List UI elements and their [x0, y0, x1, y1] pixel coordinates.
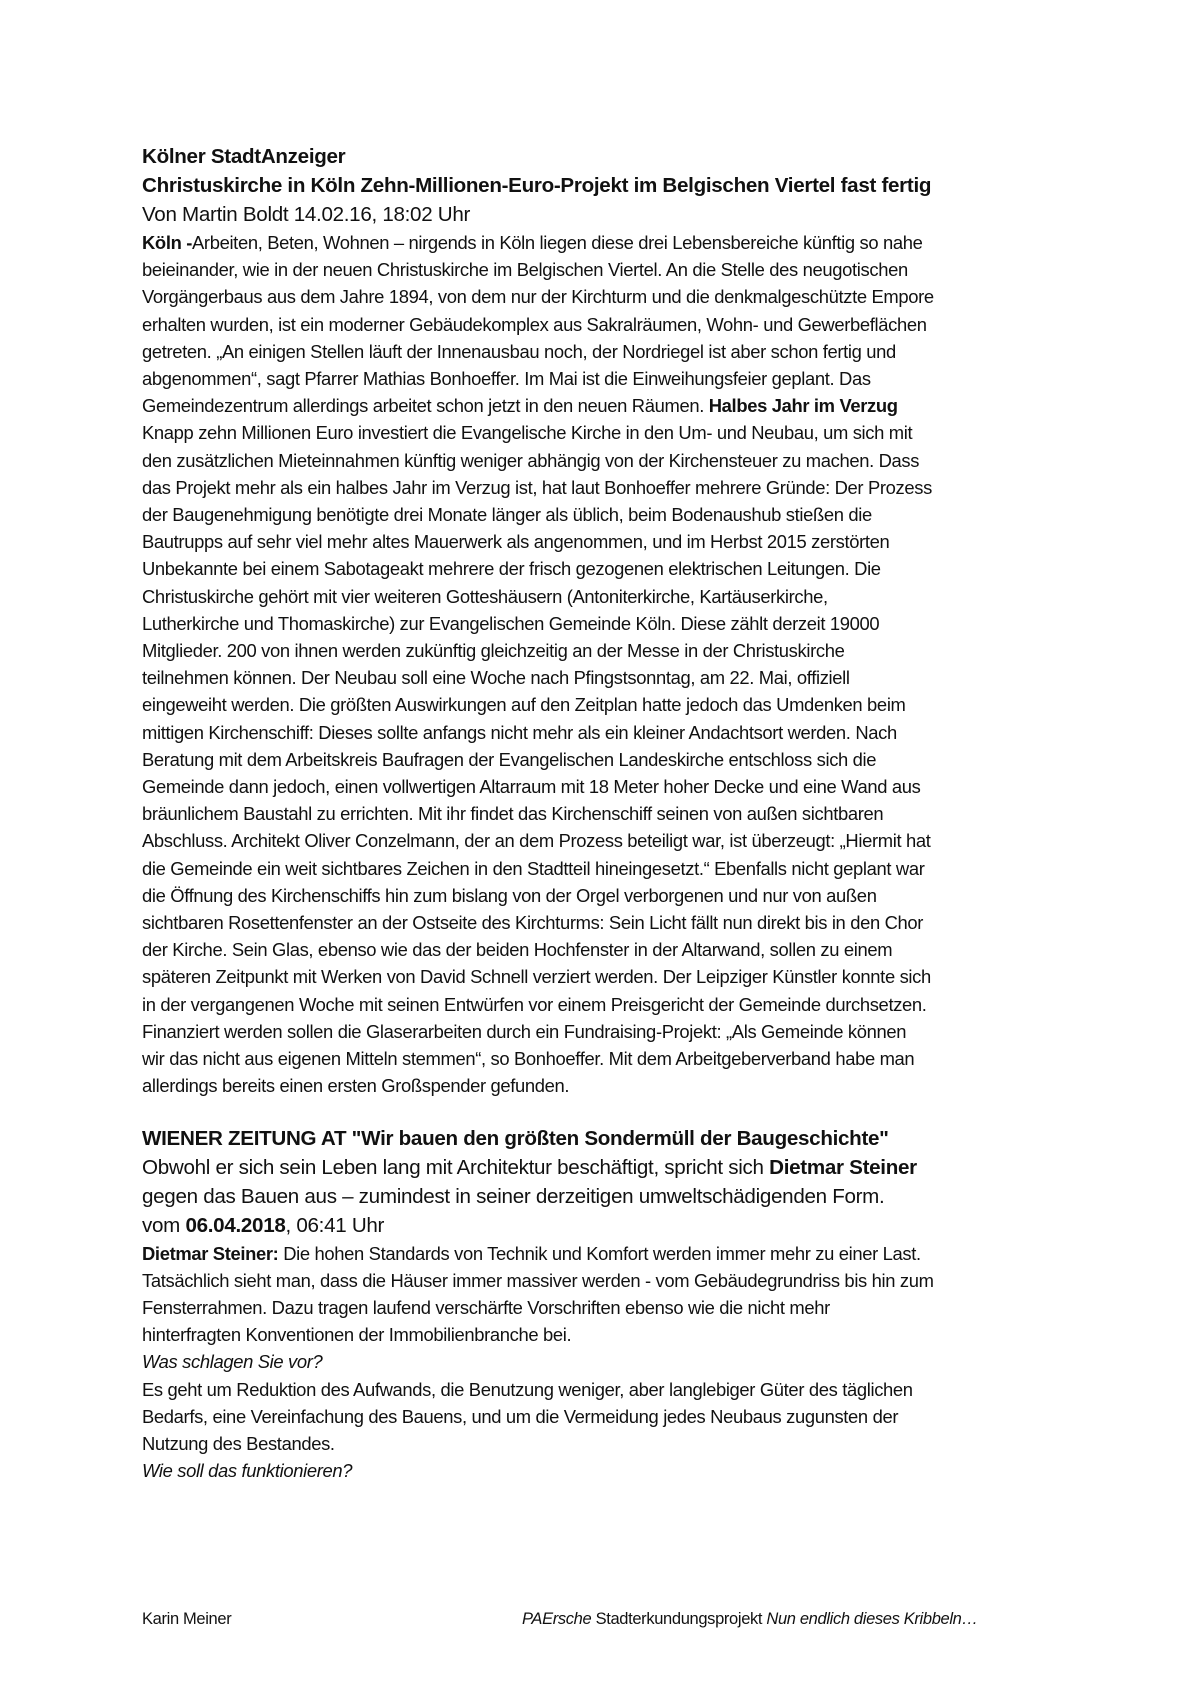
interview-question: Was schlagen Sie vor?: [142, 1348, 1062, 1375]
paragraph-line: Knapp zehn Millionen Euro investiert die…: [142, 419, 1062, 446]
answer-line: Nutzung des Bestandes.: [142, 1430, 1062, 1457]
paragraph-line: Gemeindezentrum allerdings arbeitet scho…: [142, 392, 1062, 419]
paragraph-line: Lutherkirche und Thomaskirche) zur Evang…: [142, 610, 1062, 637]
paragraph-line: der Baugenehmigung benötigte drei Monate…: [142, 501, 1062, 528]
document-page: Kölner StadtAnzeiger Christuskirche in K…: [142, 142, 1062, 1484]
footer-project: PAErsche Stadterkundungsprojekt Nun endl…: [522, 1608, 978, 1630]
paragraph-line: beieinander, wie in der neuen Christuski…: [142, 256, 1062, 283]
speaker-label: Dietmar Steiner:: [142, 1243, 278, 1264]
paragraph-line: getreten. „An einigen Stellen läuft der …: [142, 338, 1062, 365]
interview-question: Wie soll das funktionieren?: [142, 1457, 1062, 1484]
paragraph-line: den zusätzlichen Mieteinnahmen künftig w…: [142, 447, 1062, 474]
paragraph-line: wir das nicht aus eigenen Mitteln stemme…: [142, 1045, 1062, 1072]
article-wiener-zeitung: WIENER ZEITUNG AT "Wir bauen den größten…: [142, 1124, 1062, 1485]
answer-line: Es geht um Reduktion des Aufwands, die B…: [142, 1376, 1062, 1403]
paragraph-line: Christuskirche gehört mit vier weiteren …: [142, 583, 1062, 610]
dateline: Köln -: [142, 232, 192, 253]
paragraph-line: mittigen Kirchenschiff: Dieses sollte an…: [142, 719, 1062, 746]
answer-line: Fensterrahmen. Dazu tragen laufend versc…: [142, 1294, 1062, 1321]
paragraph-line: Köln -Arbeiten, Beten, Wohnen – nirgends…: [142, 229, 1062, 256]
article-headline: Christuskirche in Köln Zehn-Millionen-Eu…: [142, 171, 1062, 200]
answer-line: hinterfragten Konventionen der Immobilie…: [142, 1321, 1062, 1348]
answer-line: Bedarfs, eine Vereinfachung des Bauens, …: [142, 1403, 1062, 1430]
paragraph-line: erhalten wurden, ist ein moderner Gebäud…: [142, 311, 1062, 338]
paragraph-line: Gemeinde dann jedoch, einen vollwertigen…: [142, 773, 1062, 800]
article-date: vom 06.04.2018, 06:41 Uhr: [142, 1211, 1062, 1240]
article-source: Kölner StadtAnzeiger: [142, 142, 1062, 171]
paragraph-line: Beratung mit dem Arbeitskreis Baufragen …: [142, 746, 1062, 773]
paragraph-line: abgenommen“, sagt Pfarrer Mathias Bonhoe…: [142, 365, 1062, 392]
paragraph-line: Abschluss. Architekt Oliver Conzelmann, …: [142, 827, 1062, 854]
paragraph-line: sichtbaren Rosettenfenster an der Ostsei…: [142, 909, 1062, 936]
answer-line: Tatsächlich sieht man, dass die Häuser i…: [142, 1267, 1062, 1294]
paragraph-line: das Projekt mehr als ein halbes Jahr im …: [142, 474, 1062, 501]
paragraph-line: Finanziert werden sollen die Glaserarbei…: [142, 1018, 1062, 1045]
paragraph-line: eingeweiht werden. Die größten Auswirkun…: [142, 691, 1062, 718]
paragraph-line: allerdings bereits einen ersten Großspen…: [142, 1072, 1062, 1099]
answer-line: Dietmar Steiner: Die hohen Standards von…: [142, 1240, 1062, 1267]
paragraph-line: Unbekannte bei einem Sabotageakt mehrere…: [142, 555, 1062, 582]
paragraph-line: Bautrupps auf sehr viel mehr altes Mauer…: [142, 528, 1062, 555]
paragraph-line: die Öffnung des Kirchenschiffs hin zum b…: [142, 882, 1062, 909]
paragraph-line: in der vergangenen Woche mit seinen Entw…: [142, 991, 1062, 1018]
article-headline: WIENER ZEITUNG AT "Wir bauen den größten…: [142, 1124, 1062, 1153]
paragraph-line: bräunlichem Baustahl zu errichten. Mit i…: [142, 800, 1062, 827]
interviewee-name: Dietmar Steiner: [769, 1156, 917, 1179]
article-teaser: gegen das Bauen aus – zumindest in seine…: [142, 1182, 1062, 1211]
paragraph-line: Mitglieder. 200 von ihnen werden zukünft…: [142, 637, 1062, 664]
paragraph-line: teilnehmen können. Der Neubau soll eine …: [142, 664, 1062, 691]
paragraph-line: die Gemeinde ein weit sichtbares Zeichen…: [142, 855, 1062, 882]
paragraph-line: späteren Zeitpunkt mit Werken von David …: [142, 963, 1062, 990]
section-spacer: [142, 1100, 1062, 1124]
article-teaser: Obwohl er sich sein Leben lang mit Archi…: [142, 1153, 1062, 1182]
footer-author: Karin Meiner: [142, 1608, 231, 1630]
article-koelner-stadtanzeiger: Kölner StadtAnzeiger Christuskirche in K…: [142, 142, 1062, 1100]
paragraph-line: der Kirche. Sein Glas, ebenso wie das de…: [142, 936, 1062, 963]
article-byline: Von Martin Boldt 14.02.16, 18:02 Uhr: [142, 200, 1062, 229]
paragraph-line: Vorgängerbaus aus dem Jahre 1894, von de…: [142, 283, 1062, 310]
subheading: Halbes Jahr im Verzug: [709, 395, 898, 416]
